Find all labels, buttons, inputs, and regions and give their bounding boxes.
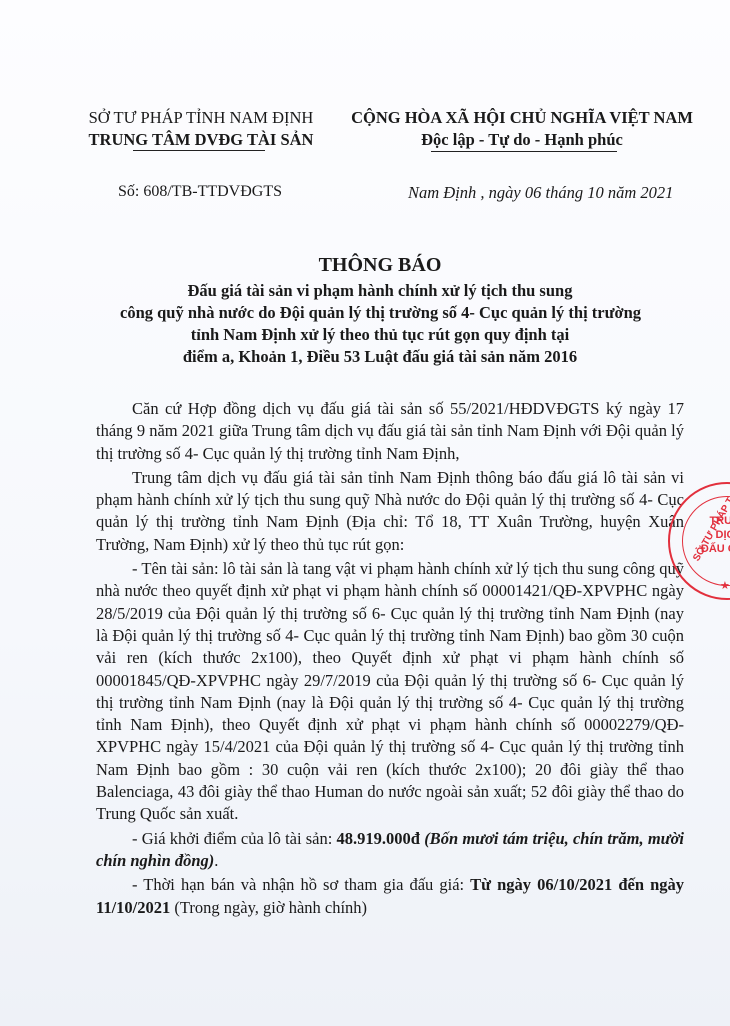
- issuer-department: SỞ TƯ PHÁP TỈNH NAM ĐỊNH: [86, 107, 316, 129]
- starting-price-suffix: .: [214, 851, 218, 870]
- issuer-center: TRUNG TÂM DVĐG TÀI SẢN: [86, 129, 316, 151]
- national-motto: Độc lập - Tự do - Hạnh phúc: [336, 129, 708, 151]
- seal-line: TRUNG: [684, 514, 730, 528]
- document-page: SỞ TƯ PHÁP TỈNH NAM ĐỊNH TRUNG TÂM DVĐG …: [0, 0, 730, 1026]
- subtitle-line: tỉnh Nam Định xử lý theo thủ tục rút gọn…: [120, 324, 640, 346]
- place-date: Nam Định , ngày 06 tháng 10 năm 2021: [408, 183, 673, 203]
- starting-price-label: - Giá khởi điểm của lô tài sản:: [132, 829, 337, 848]
- paragraph-deadline: - Thời hạn bán và nhận hồ sơ tham gia đấ…: [96, 874, 684, 919]
- motto-underline: [431, 151, 617, 152]
- deadline-note: (Trong ngày, giờ hành chính): [170, 898, 367, 917]
- seal-line: ĐẤU GIÁ T: [684, 542, 730, 556]
- subtitle-line: công quỹ nhà nước do Đội quản lý thị trư…: [120, 302, 640, 324]
- seal-line: DỊCH: [684, 528, 730, 542]
- starting-price-amount: 48.919.000đ: [337, 829, 420, 848]
- subtitle-line: Đấu giá tài sản vi phạm hành chính xử lý…: [120, 280, 640, 302]
- issuer-underline: [133, 150, 265, 151]
- paragraph-asset-name: - Tên tài sản: lô tài sản là tang vật vi…: [96, 558, 684, 826]
- deadline-label: - Thời hạn bán và nhận hồ sơ tham gia đấ…: [132, 875, 470, 894]
- seal-center-text: TRUNG DỊCH ĐẤU GIÁ T: [684, 514, 730, 556]
- document-title-block: THÔNG BÁO Đấu giá tài sản vi phạm hành c…: [120, 250, 640, 368]
- seal-star-icon: ★: [720, 579, 730, 592]
- national-header: CỘNG HÒA XÃ HỘI CHỦ NGHĨA VIỆT NAM Độc l…: [336, 107, 708, 151]
- subtitle-line: điểm a, Khoản 1, Điều 53 Luật đấu giá tà…: [120, 346, 640, 368]
- document-number: Số: 608/TB-TTDVĐGTS: [118, 183, 282, 201]
- document-title: THÔNG BÁO: [120, 250, 640, 280]
- paragraph-legal-basis: Căn cứ Hợp đồng dịch vụ đấu giá tài sản …: [96, 398, 684, 465]
- national-title: CỘNG HÒA XÃ HỘI CHỦ NGHĨA VIỆT NAM: [336, 107, 708, 129]
- paragraph-starting-price: - Giá khởi điểm của lô tài sản: 48.919.0…: [96, 828, 684, 873]
- paragraph-announcement: Trung tâm dịch vụ đấu giá tài sản tỉnh N…: [96, 467, 684, 556]
- document-body: Căn cứ Hợp đồng dịch vụ đấu giá tài sản …: [96, 398, 684, 919]
- issuer-header: SỞ TƯ PHÁP TỈNH NAM ĐỊNH TRUNG TÂM DVĐG …: [86, 107, 316, 151]
